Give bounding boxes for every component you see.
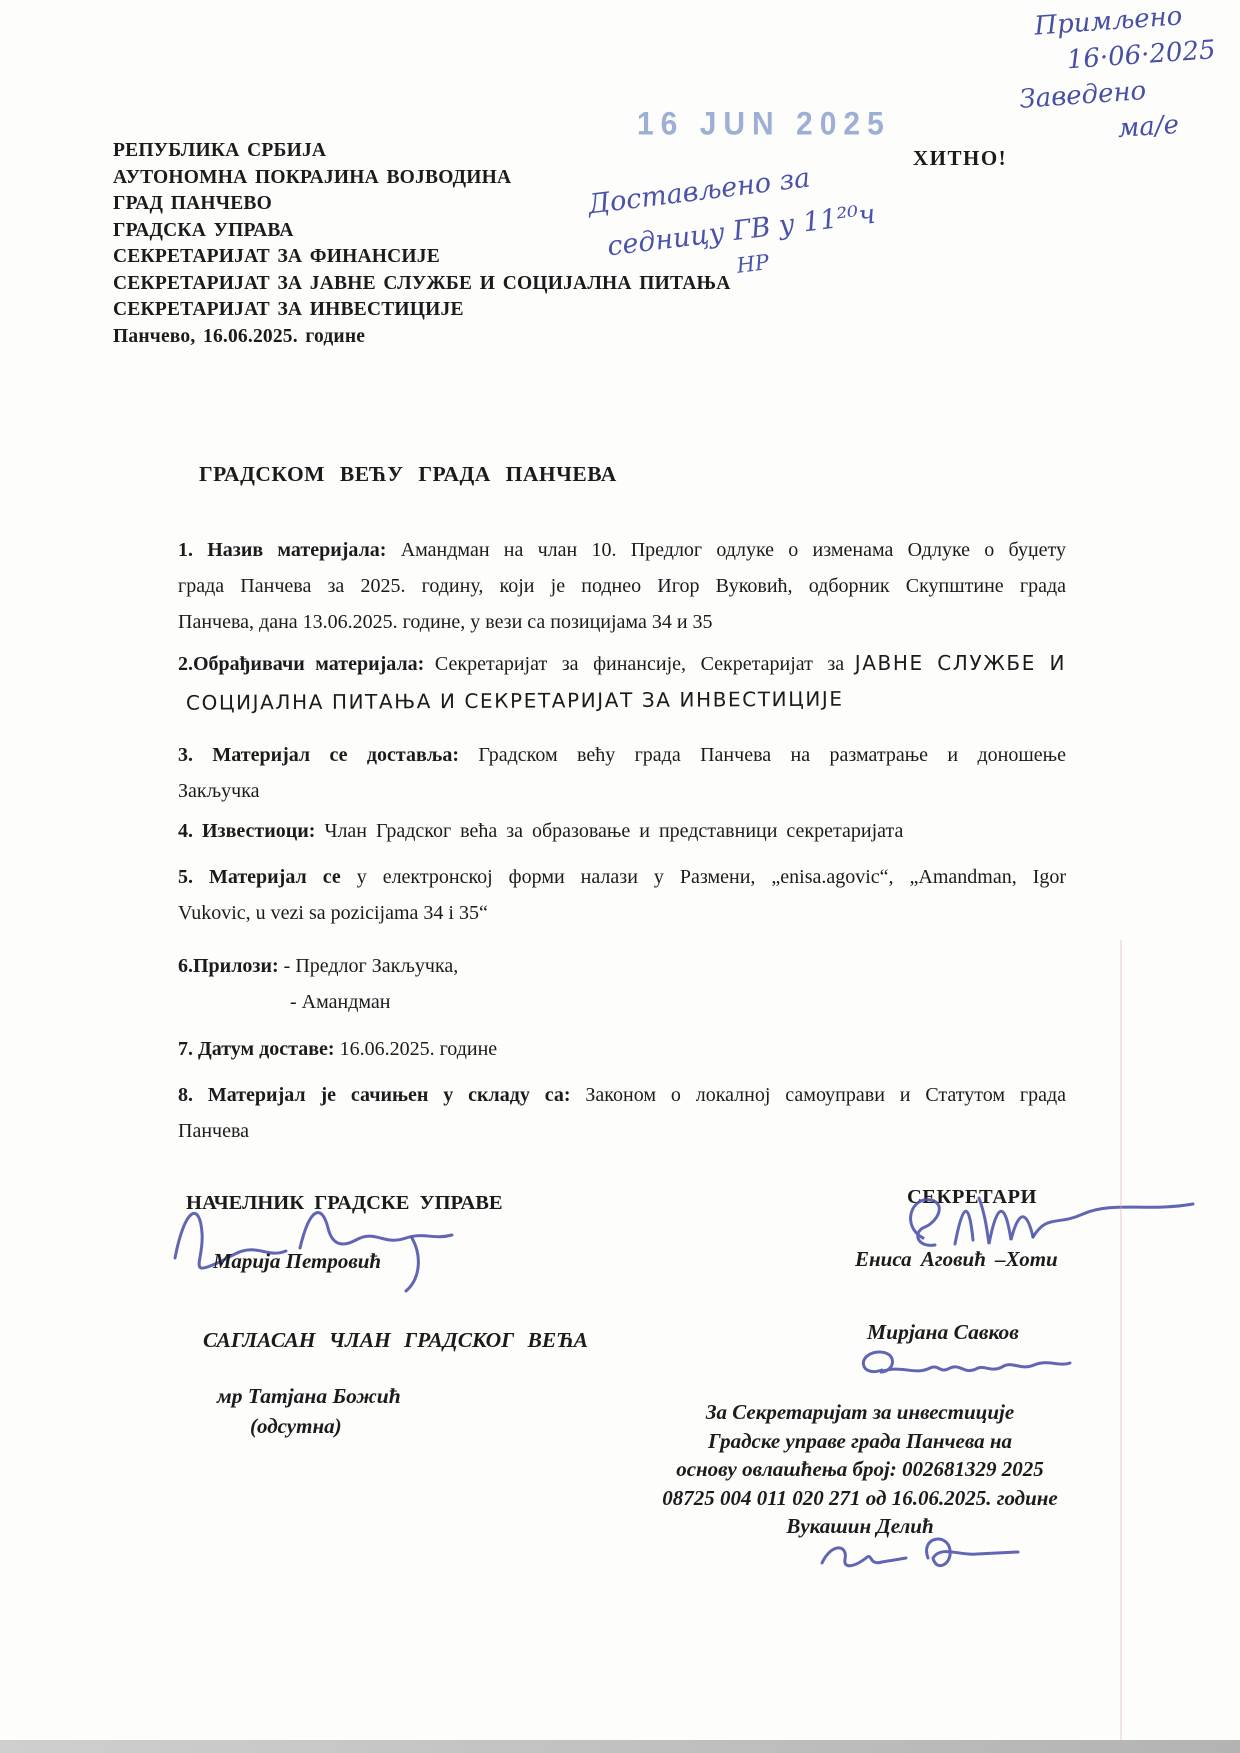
item-3-text: Градском већу града Панчева на разматрањ…: [478, 744, 1066, 766]
item-5-line1: 5. Материјал се у електронској форми нал…: [178, 859, 1066, 895]
item-5-label: 5. Материјал се: [178, 866, 341, 888]
auth-line-4: 08725 004 011 020 271 од 16.06.2025. год…: [615, 1484, 1105, 1513]
secretary-name-1: Ениса Аговић –Хоти: [855, 1247, 1058, 1272]
letterhead-place-date: Панчево, 16.06.2025. године: [113, 324, 731, 351]
authorization-block: За Секретаријат за инвестиције Градске у…: [615, 1398, 1105, 1541]
chief-name: Марија Петровић: [213, 1249, 381, 1274]
absent-note: (одсутна): [250, 1414, 342, 1439]
letterhead-line: РЕПУБЛИКА СРБИЈА: [113, 138, 731, 165]
letterhead-line: СЕКРЕТАРИЈАТ ЗА ИНВЕСТИЦИЈЕ: [113, 297, 731, 324]
item-8-line1: 8. Материјал је сачињен у складу са: Зак…: [178, 1077, 1066, 1113]
item-5-line2: Vukovic, u vezi sa pozicijama 34 i 35“: [178, 895, 1066, 931]
item-3-line2: Закључка: [178, 773, 1066, 809]
item-4-label: 4. Известиоци:: [178, 820, 315, 842]
item-8-line2: Панчева: [178, 1113, 1066, 1149]
item-2: 2.Обрађивачи материјала: Секретаријат за…: [178, 645, 1066, 718]
item-2-line1: 2.Обрађивачи материјала: Секретаријат за…: [178, 645, 1066, 682]
item-3-line1: 3. Материјал се доставља: Градском већу …: [178, 737, 1066, 773]
signature-marija-petrovic: [160, 1188, 470, 1293]
item-6-line1: 6.Прилози: - Предлог Закључка,: [178, 948, 1066, 984]
signature-mirjana-savkov: [850, 1342, 1085, 1387]
item-6: 6.Прилози: - Предлог Закључка, - Амандма…: [178, 948, 1066, 1020]
document-page: Примљено 16·06·2025 Заведено ма/е 16 JUN…: [0, 0, 1240, 1753]
item-2-text: Секретаријат за финансије, Секретаријат …: [435, 653, 844, 675]
item-1: 1. Назив материјала: Амандман на члан 10…: [178, 532, 1066, 640]
auth-line-1: За Секретаријат за инвестиције: [615, 1398, 1105, 1427]
item-6-label: 6.Прилози:: [178, 955, 279, 977]
item-6-attachment-2: - Амандман: [290, 984, 1066, 1020]
item-7-label: 7. Датум доставе:: [178, 1038, 335, 1060]
item-1-line1: 1. Назив материјала: Амандман на члан 10…: [178, 532, 1066, 568]
item-3: 3. Материјал се доставља: Градском већу …: [178, 737, 1066, 809]
item-1-label: 1. Назив материјала:: [178, 539, 386, 561]
item-2-label: 2.Обрађивачи материјала:: [178, 653, 424, 675]
item-1-line2: града Панчева за 2025. годину, који је п…: [178, 568, 1066, 604]
item-7: 7. Датум доставе: 16.06.2025. године: [178, 1031, 1066, 1067]
urgent-label: ХИТНО!: [913, 146, 1007, 171]
item-5: 5. Материјал се у електронској форми нал…: [178, 859, 1066, 931]
item-8: 8. Материјал је сачињен у складу са: Зак…: [178, 1077, 1066, 1149]
item-8-text: Законом о локалној самоуправи и Статутом…: [585, 1084, 1066, 1106]
item-5-text: у електронској форми налази у Размени, „…: [357, 866, 1066, 888]
item-1-line3: Панчева, дана 13.06.2025. године, у вези…: [178, 604, 1066, 640]
item-1-text: Амандман на члан 10. Предлог одлуке о из…: [401, 539, 1066, 561]
item-6-attachment-1: - Предлог Закључка,: [284, 955, 459, 977]
item-3-label: 3. Материјал се доставља:: [178, 744, 459, 766]
item-8-label: 8. Материјал је сачињен у складу са:: [178, 1084, 571, 1106]
auth-line-2: Градске управе града Панчева на: [615, 1427, 1105, 1456]
scan-artifact-line: [1120, 940, 1122, 1740]
scan-edge-band: [0, 1740, 1240, 1753]
item-4-text: Члан Градског већа за образовање и предс…: [324, 820, 903, 842]
item-2-handwritten-inline: ЈАВНЕ СЛУЖБЕ И: [855, 651, 1066, 675]
item-7-text: 16.06.2025. године: [340, 1038, 498, 1060]
agreed-member-name: мр Татјана Божић: [217, 1384, 401, 1409]
handwritten-received-note: Примљено 16·06·2025 Заведено ма/е: [1011, 0, 1240, 154]
recipient-title: ГРАДСКОМ ВЕЋУ ГРАДА ПАНЧЕВА: [199, 462, 617, 487]
item-2-handwritten-line2: СОЦИЈАЛНА ПИТАЊА И СЕКРЕТАРИЈАТ ЗА ИНВЕС…: [186, 679, 1066, 720]
signature-vukasin-delic: [810, 1528, 1025, 1580]
auth-line-3: основу овлашћења број: 002681329 2025: [615, 1455, 1105, 1484]
agreed-member-title: САГЛАСАН ЧЛАН ГРАДСКОГ ВЕЋА: [203, 1328, 588, 1353]
item-4: 4. Известиоци: Члан Градског већа за обр…: [178, 813, 1066, 849]
